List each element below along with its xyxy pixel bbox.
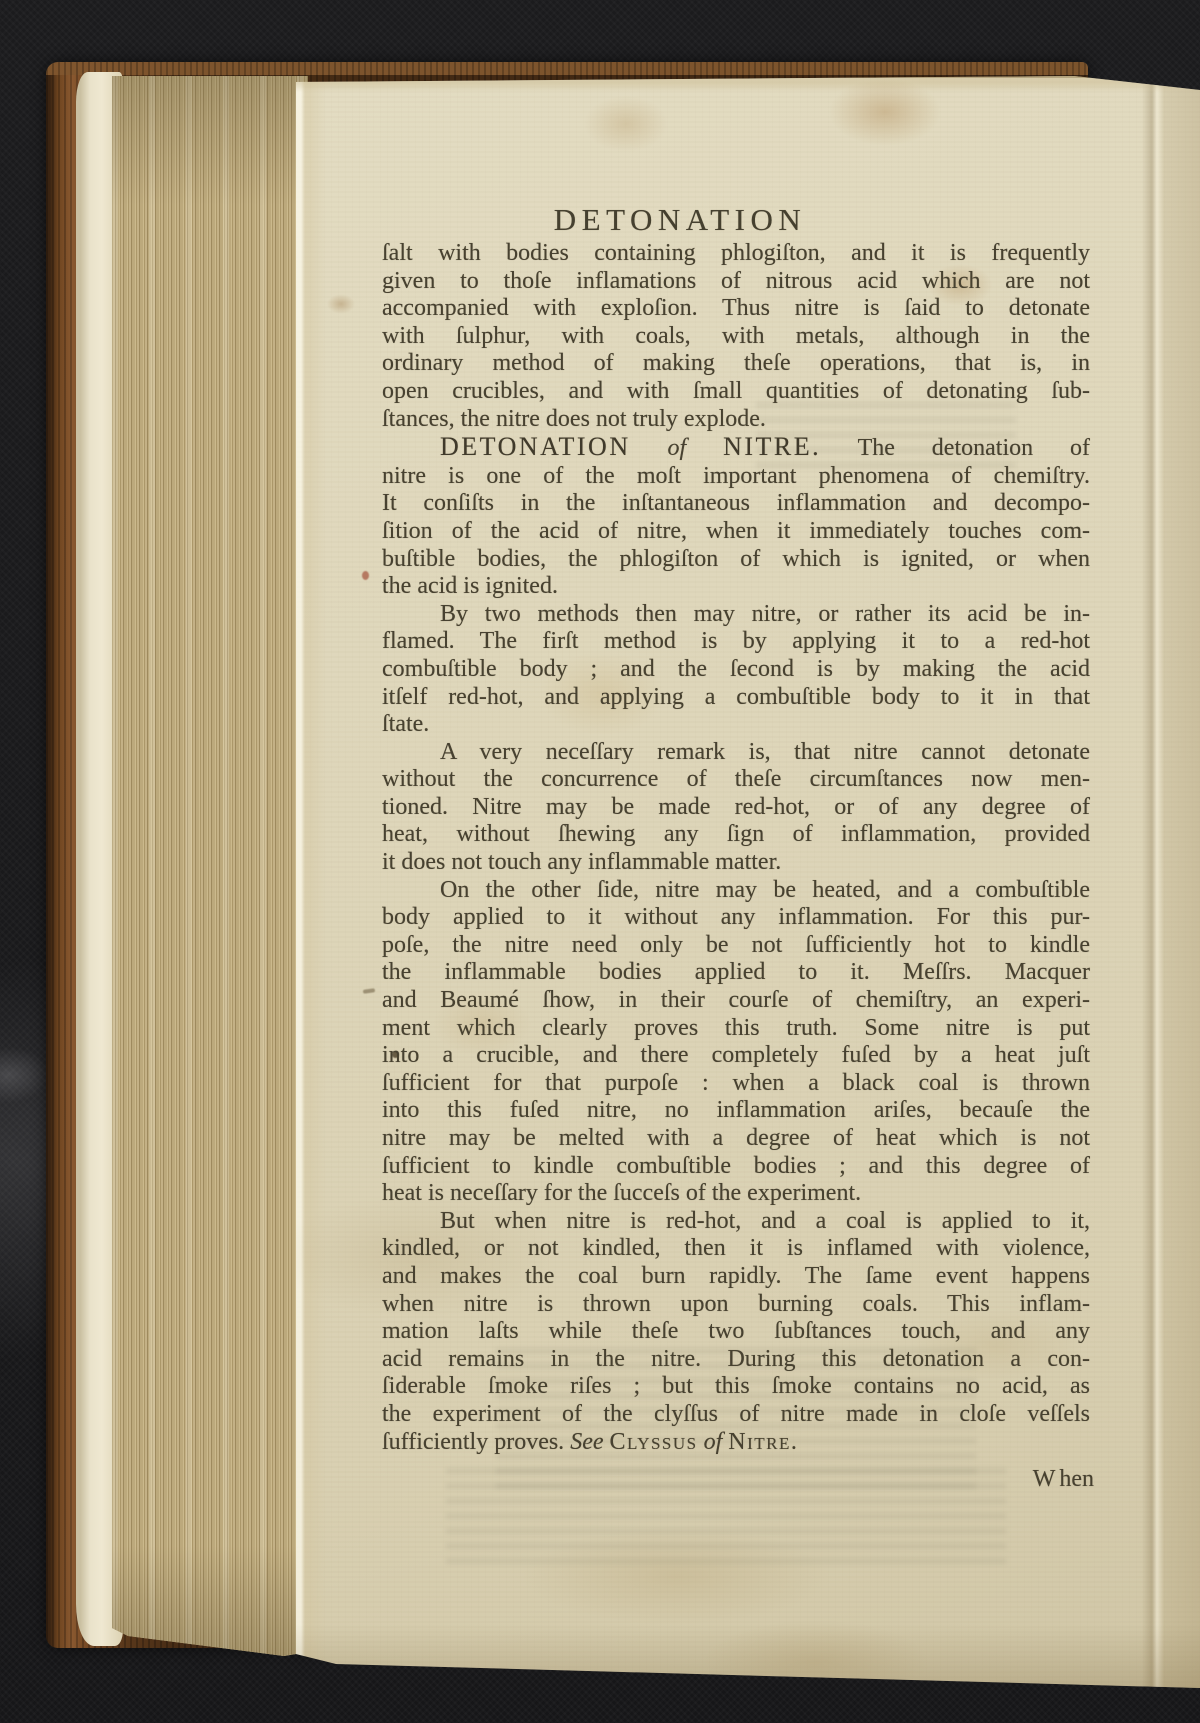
text-line: the acid is ignited.	[382, 573, 1090, 601]
text-line: open crucibles, and with ſmall quantitie…	[382, 378, 1090, 406]
text-line: with ſulphur, with coals, with metals, a…	[382, 323, 1090, 351]
text-line: poſe, the nitre need only be not ſuffici…	[382, 932, 1090, 960]
text-line: nitre is one of the moſt important pheno…	[382, 463, 1090, 491]
text-line: But when nitre is red-hot, and a coal is…	[382, 1208, 1090, 1236]
ink-mark	[362, 571, 369, 580]
closing-lead: ſufficiently proves.	[382, 1429, 564, 1455]
text-line: ment which clearly proves this truth. So…	[382, 1015, 1090, 1043]
photo-background: DETONATION ſalt with bodies containing p…	[0, 0, 1200, 1723]
paragraph: ſalt with bodies containing phlogiſton, …	[382, 240, 1090, 433]
text-line: By two methods then may nitre, or rather…	[382, 601, 1090, 629]
text-line: ſufficient for that purpoſe : when a bla…	[382, 1070, 1090, 1098]
text-line: On the other ſide, nitre may be heated, …	[382, 877, 1090, 905]
text-line: kindled, or not kindled, then it is infl…	[382, 1235, 1090, 1263]
reference-connector: of	[704, 1429, 723, 1455]
text-line: ſition of the acid of nitre, when it imm…	[382, 518, 1090, 546]
text-line: acid remains in the nitre. During this d…	[382, 1346, 1090, 1374]
running-head: DETONATION	[382, 202, 1090, 238]
fore-edge-page-stack	[112, 76, 308, 1656]
text-line: and makes the coal burn rapidly. The ſam…	[382, 1263, 1090, 1291]
text-line: body applied to it without any inflammat…	[382, 904, 1090, 932]
text-block: ſalt with bodies containing phlogiſton, …	[382, 240, 1090, 1456]
text-line: without the concurrence of theſe circumſ…	[382, 766, 1090, 794]
entry-term: DETONATION	[440, 432, 631, 461]
text-line: tioned. Nitre may be made red-hot, or of…	[382, 794, 1090, 822]
book-page: DETONATION ſalt with bodies containing p…	[296, 76, 1200, 1696]
text-line: ordinary method of making theſe operatio…	[382, 350, 1090, 378]
text-line: when nitre is thrown upon burning coals.…	[382, 1291, 1090, 1319]
text-line: accompanied with exploſion. Thus nitre i…	[382, 295, 1090, 323]
text-line: the experiment of the clyſſus of nitre m…	[382, 1401, 1090, 1429]
paragraph: DETONATION of NITRE. The detonation of n…	[382, 433, 1090, 601]
text-line: flamed. The firſt method is by applying …	[382, 628, 1090, 656]
text-line: ſtate.	[382, 711, 1090, 739]
text-line: ſufficient to kindle combuſtible bodies …	[382, 1153, 1090, 1181]
text-line: nitre may be melted with a degree of hea…	[382, 1125, 1090, 1153]
text-line: buſtible bodies, the phlogiſton of which…	[382, 546, 1090, 574]
text-line: and Beaumé ſhow, in their courſe of chem…	[382, 987, 1090, 1015]
entry-tail: The detonation of	[858, 435, 1090, 461]
text-line: given to thoſe inflamations of nitrous a…	[382, 268, 1090, 296]
text-line: mation laſts while theſe two ſubſtances …	[382, 1318, 1090, 1346]
text-line: the inflammable bodies applied to it. Me…	[382, 959, 1090, 987]
text-line: It conſiſts in the inſtantaneous inflamm…	[382, 490, 1090, 518]
text-line: heat, without ſhewing any ſign of inflam…	[382, 821, 1090, 849]
text-line: into this fuſed nitre, no inflammation a…	[382, 1097, 1090, 1125]
catchword: When	[382, 1466, 1094, 1493]
text-line: combuſtible body ; and the ſecond is by …	[382, 656, 1090, 684]
reference-object: Nitre.	[728, 1429, 798, 1455]
text-line: into a crucible, and there completely fu…	[382, 1042, 1090, 1070]
entry-heading-line: DETONATION of NITRE. The detonation of	[382, 433, 1090, 463]
ink-mark	[363, 988, 375, 994]
entry-connector: of	[668, 435, 687, 461]
paragraph: By two methods then may nitre, or rather…	[382, 601, 1090, 739]
paragraph: But when nitre is red-hot, and a coal is…	[382, 1208, 1090, 1456]
text-line: heat is neceſſary for the ſucceſs of the…	[382, 1180, 1090, 1208]
text-line: ſtances, the nitre does not truly explod…	[382, 406, 1090, 434]
see-label: See	[570, 1429, 603, 1455]
text-line: A very neceſſary remark is, that nitre c…	[382, 739, 1090, 767]
reference-term: Clyssus	[610, 1429, 698, 1455]
paragraph: On the other ſide, nitre may be heated, …	[382, 877, 1090, 1208]
text-line: ſalt with bodies containing phlogiſton, …	[382, 240, 1090, 268]
entry-object: NITRE.	[723, 432, 821, 461]
paragraph: A very neceſſary remark is, that nitre c…	[382, 739, 1090, 877]
text-line: ſiderable ſmoke riſes ; but this ſmoke c…	[382, 1373, 1090, 1401]
text-line: it does not touch any inflammable matter…	[382, 849, 1090, 877]
cross-reference-line: ſufficiently proves. See Clyssus of Nitr…	[382, 1429, 1090, 1457]
text-line: itſelf red-hot, and applying a combuſtib…	[382, 684, 1090, 712]
